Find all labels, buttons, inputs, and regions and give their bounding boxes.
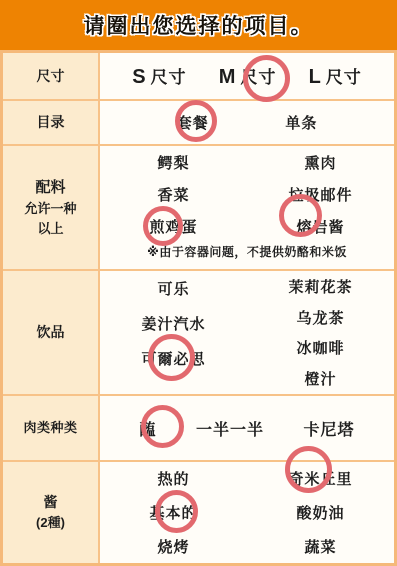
menu-set-option[interactable]: 套餐 xyxy=(177,112,209,133)
row-drinks: 饮品 可乐 姜汁汽水 可爾必思 茉莉花茶 乌龙茶 冰咖啡 橙汁 xyxy=(3,269,394,394)
topping-fried-egg-option[interactable]: 煎鸡蛋 xyxy=(149,216,197,237)
size-s-option[interactable]: S尺寸 xyxy=(132,63,186,89)
row-meat: 肉类种类 醢 一半一半 卡尼塔 xyxy=(3,394,394,460)
size-l-option[interactable]: L尺寸 xyxy=(309,63,362,89)
container-note: ※由于容器问题，不提供奶酪和米饭 xyxy=(100,243,394,269)
drink-oolong-tea-option[interactable]: 乌龙茶 xyxy=(296,307,344,328)
sauce-chimichurri-option[interactable]: 奇米丘里 xyxy=(288,468,352,489)
row-menu-label: 目录 xyxy=(3,101,100,144)
order-form: 请圈出您选择的项目。 尺寸 S尺寸 M尺寸 L尺寸 目录 套餐 单条 配料 允许… xyxy=(0,0,397,566)
row-menu: 目录 套餐 单条 xyxy=(3,99,394,144)
sauce-hot-option[interactable]: 热的 xyxy=(157,468,189,489)
row-toppings: 配料 允许一种 以上 鳄梨 香菜 煎鸡蛋 熏肉 垃圾邮件 熔岩酱 xyxy=(3,144,394,269)
topping-avocado-option[interactable]: 鳄梨 xyxy=(157,152,189,173)
row-meat-label: 肉类种类 xyxy=(3,396,100,460)
drink-ginger-ale-option[interactable]: 姜汁汽水 xyxy=(141,313,205,334)
size-m-option[interactable]: M尺寸 xyxy=(219,63,277,89)
row-sauce-label: 酱 (2種) xyxy=(3,462,100,563)
drink-cola-option[interactable]: 可乐 xyxy=(157,278,189,299)
drink-orange-juice-option[interactable]: 橙汁 xyxy=(304,368,336,389)
sauce-vegetable-option[interactable]: 蔬菜 xyxy=(304,536,336,557)
topping-spam-option[interactable]: 垃圾邮件 xyxy=(288,184,352,205)
row-size: 尺寸 S尺寸 M尺寸 L尺寸 xyxy=(3,53,394,99)
order-table: 尺寸 S尺寸 M尺寸 L尺寸 目录 套餐 单条 配料 允许一种 以上 xyxy=(0,50,397,566)
row-toppings-label: 配料 允许一种 以上 xyxy=(3,146,100,269)
sauce-sour-cream-option[interactable]: 酸奶油 xyxy=(296,502,344,523)
topping-cilantro-option[interactable]: 香菜 xyxy=(157,184,189,205)
sauce-basic-option[interactable]: 基本的 xyxy=(149,502,197,523)
topping-bacon-option[interactable]: 熏肉 xyxy=(304,152,336,173)
row-size-label: 尺寸 xyxy=(3,53,100,99)
drink-calpis-option[interactable]: 可爾必思 xyxy=(141,348,205,369)
drink-jasmine-tea-option[interactable]: 茉莉花茶 xyxy=(288,276,352,297)
topping-lava-sauce-option[interactable]: 熔岩酱 xyxy=(296,216,344,237)
meat-hai-option[interactable]: 醢 xyxy=(139,417,156,440)
row-drinks-label: 饮品 xyxy=(3,271,100,394)
sauce-bbq-option[interactable]: 烧烤 xyxy=(157,536,189,557)
drink-iced-coffee-option[interactable]: 冰咖啡 xyxy=(296,337,344,358)
meat-carnitas-option[interactable]: 卡尼塔 xyxy=(303,417,354,440)
row-sauce: 酱 (2種) 热的 基本的 烧烤 奇米丘里 酸奶油 蔬菜 xyxy=(3,460,394,563)
menu-single-option[interactable]: 单条 xyxy=(285,112,317,133)
meat-half-half-option[interactable]: 一半一半 xyxy=(196,417,264,440)
page-title: 请圈出您选择的项目。 xyxy=(0,0,397,50)
